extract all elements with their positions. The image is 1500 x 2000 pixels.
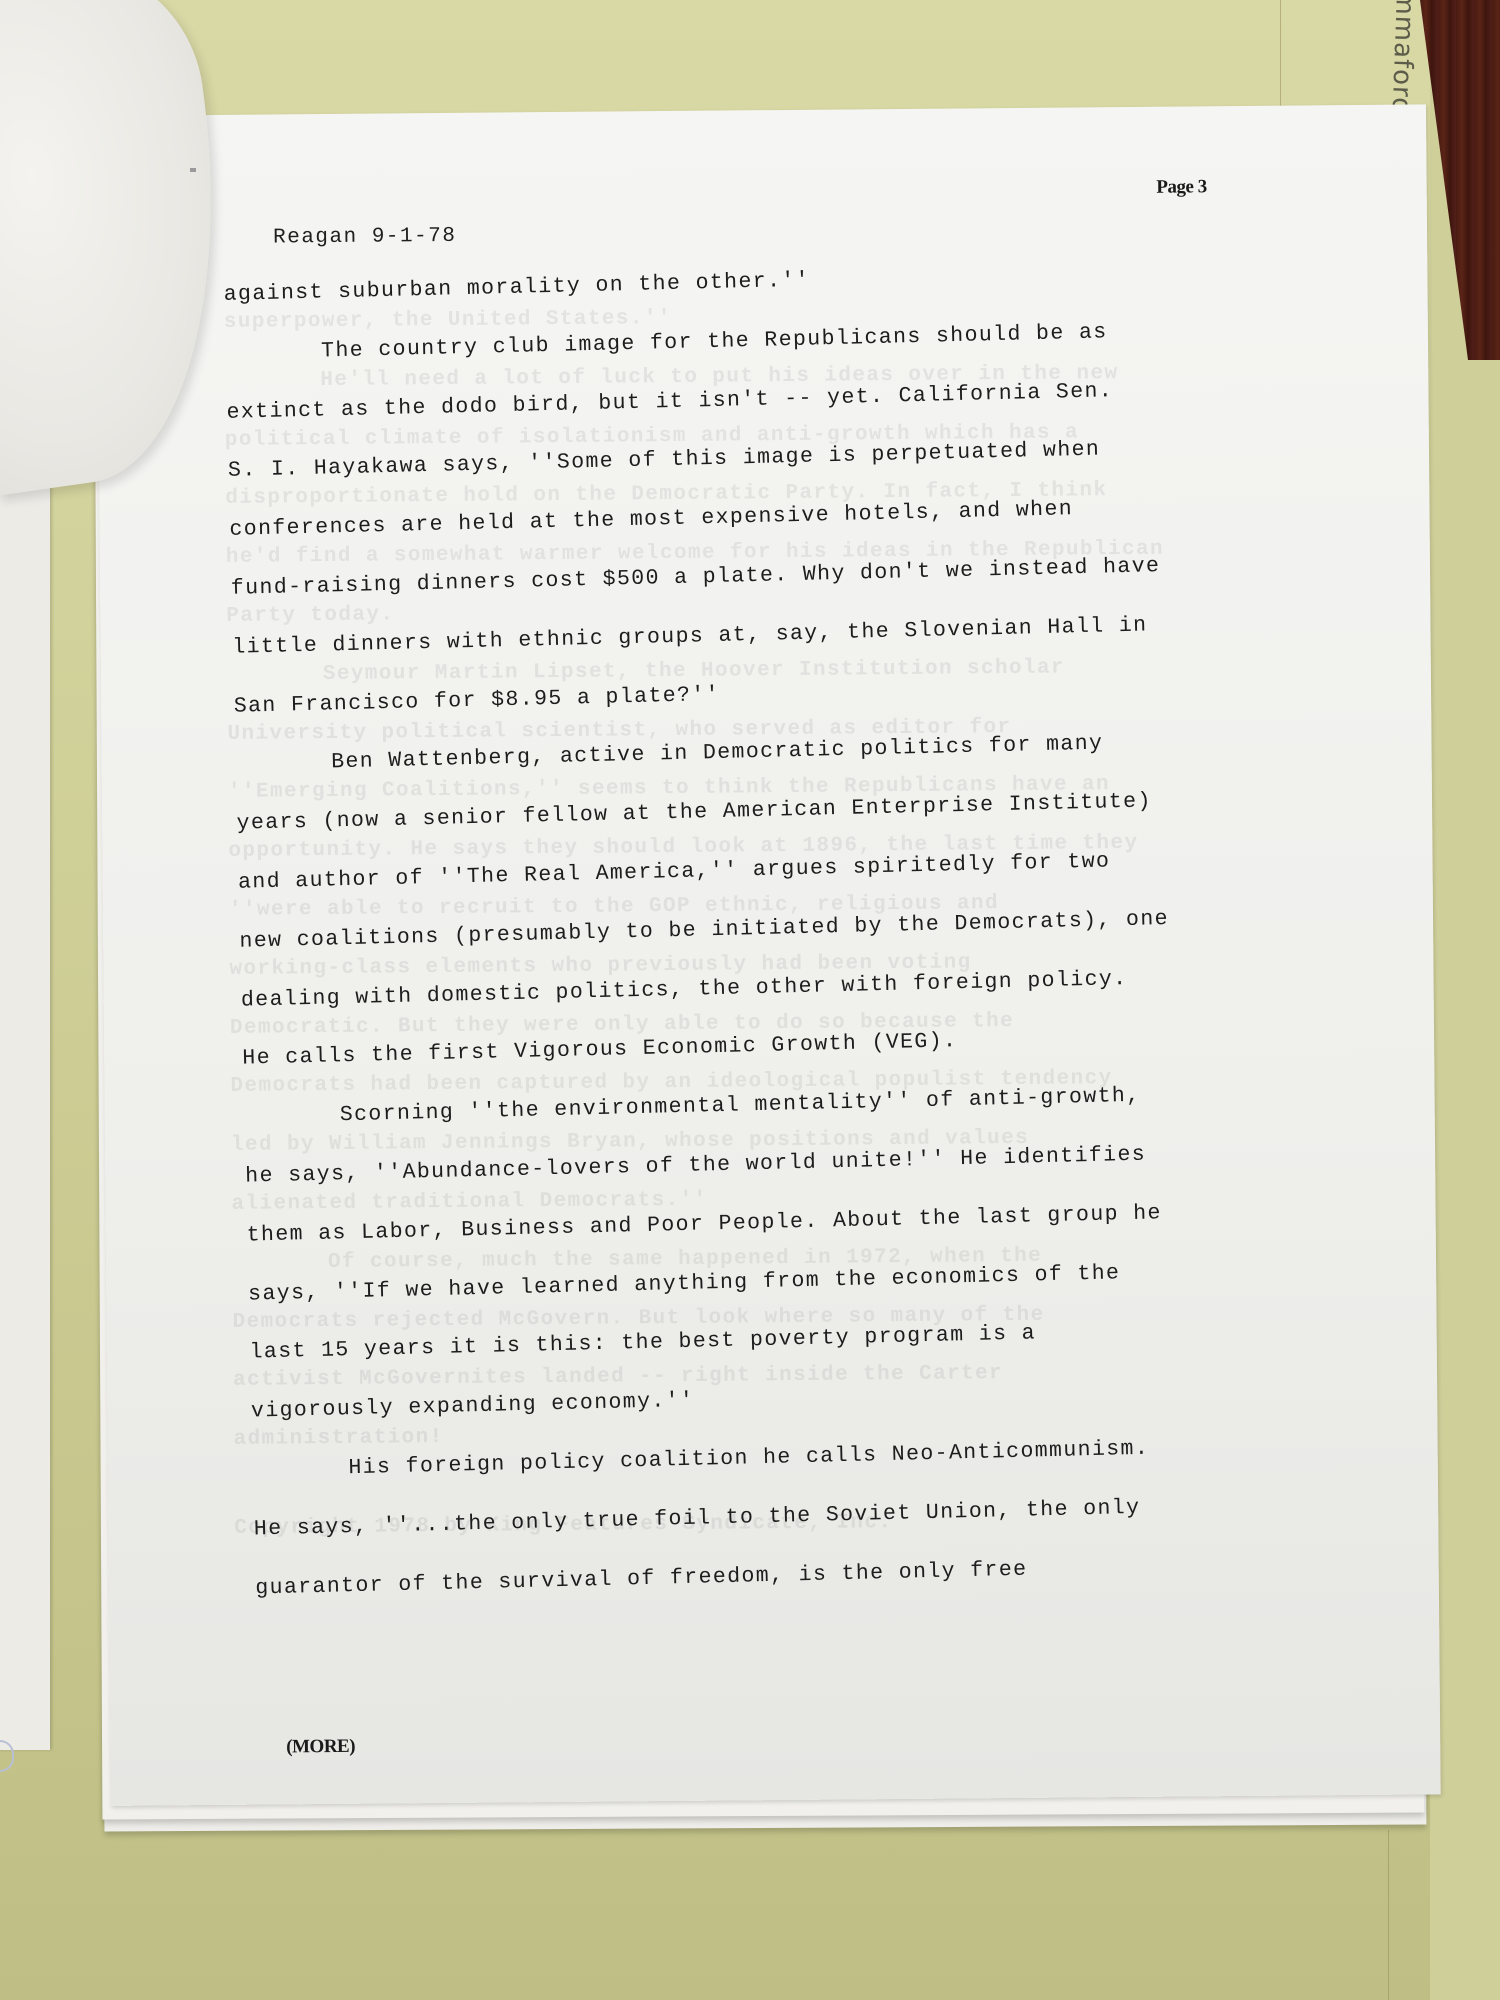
document-page: Page 3 Reagan 9-1-78 superpower, the Uni… bbox=[96, 104, 1441, 1806]
folder-crease bbox=[1280, 0, 1281, 120]
wood-table-edge bbox=[1420, 0, 1500, 360]
adjacent-document-sheet bbox=[0, 420, 50, 1750]
page-number: Page 3 bbox=[1156, 176, 1206, 198]
folder-crease-lower bbox=[1388, 1830, 1389, 2000]
more-marker: (MORE) bbox=[286, 1736, 355, 1759]
document-body: against suburban morality on the other.'… bbox=[223, 258, 1256, 1634]
document-slug: Reagan 9-1-78 bbox=[273, 225, 457, 250]
staple-icon bbox=[190, 168, 196, 172]
